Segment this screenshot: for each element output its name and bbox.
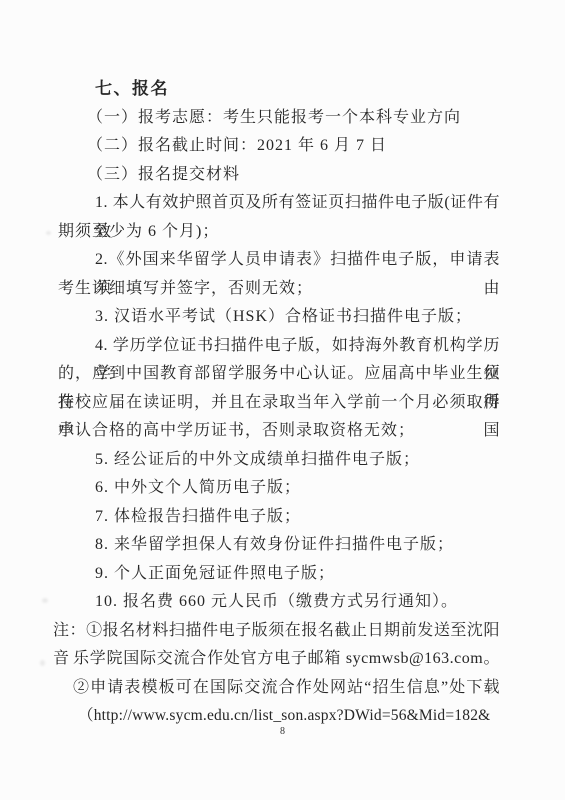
doc-line: 6. 中外文个人简历电子版； bbox=[95, 474, 500, 503]
doc-line: 10. 报名费 660 元人民币（缴费方式另行通知）。 bbox=[95, 588, 500, 617]
doc-line: 5. 经公证后的中外文成绩单扫描件电子版； bbox=[95, 446, 500, 475]
note-line: 注：①报名材料扫描件电子版须在报名截止日期前发送至沈阳音 bbox=[53, 617, 500, 646]
scan-smudge bbox=[42, 598, 48, 603]
document-page: 七、报名 （一）报考志愿：考生只能报考一个本科专业方向 （二）报名截止时间：20… bbox=[0, 0, 565, 800]
document-body: 七、报名 （一）报考志愿：考生只能报考一个本科专业方向 （二）报名截止时间：20… bbox=[58, 75, 500, 731]
doc-line: 期须至少为 6 个月)； bbox=[58, 218, 500, 247]
section-heading: 七、报名 bbox=[95, 75, 500, 104]
doc-line: 8. 来华留学担保人有效身份证件扫描件电子版； bbox=[95, 531, 500, 560]
doc-line: 1. 本人有效护照首页及所有签证页扫描件电子版(证件有效 bbox=[95, 189, 500, 218]
doc-line: （三）报名提交材料 bbox=[87, 161, 500, 190]
note-line-email: 乐学院国际交流合作处官方电子邮箱 sycmwsb@163.com。 bbox=[73, 645, 500, 674]
doc-line: （二）报名截止时间：2021 年 6 月 7 日 bbox=[87, 132, 500, 161]
scan-smudge bbox=[46, 231, 51, 235]
doc-line: 9. 个人正面免冠证件照电子版； bbox=[95, 560, 500, 589]
note-line: ②申请表模板可在国际交流合作处网站“招生信息”处下载 bbox=[73, 674, 500, 703]
doc-line: 的，应到中国教育部留学服务中心认证。应届高中毕业生须持所 bbox=[58, 360, 500, 389]
doc-line: 3. 汉语水平考试（HSK）合格证书扫描件电子版； bbox=[95, 303, 500, 332]
doc-line: （一）报考志愿：考生只能报考一个本科专业方向 bbox=[87, 104, 500, 133]
doc-line: 2.《外国来华留学人员申请表》扫描件电子版，申请表须由 bbox=[95, 246, 500, 275]
doc-line: 4. 学历学位证书扫描件电子版，如持海外教育机构学历学位 bbox=[95, 332, 500, 361]
scan-smudge bbox=[40, 660, 45, 666]
doc-line: 在校应届在读证明，并且在录取当年入学前一个月必须取得中国 bbox=[58, 389, 500, 418]
doc-line: 7. 体检报告扫描件电子版； bbox=[95, 503, 500, 532]
page-number: 8 bbox=[0, 726, 565, 737]
